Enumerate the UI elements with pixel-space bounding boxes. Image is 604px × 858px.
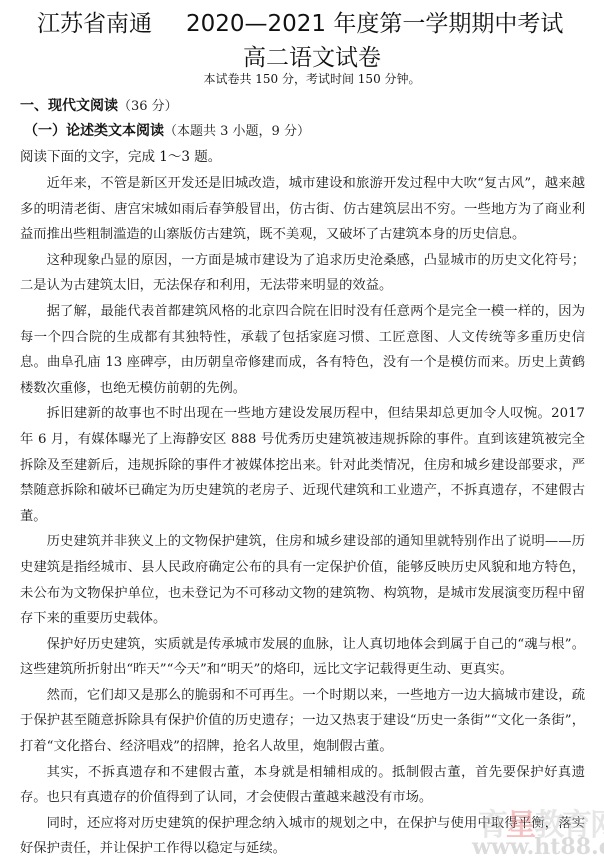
exam-page: 江苏省南通 2020—2021 年度第一学期期中考试 高二语文试卷 本试卷共 1…: [0, 0, 604, 858]
subsection-heading: （一）论述类文本阅读（本题共 3 小题，9 分）: [24, 120, 310, 140]
passage-paragraph: 其实，不拆真遗存和不建假古董，本身就是相辅相成的。抵制假古董，首先要保护好真遗存…: [20, 760, 585, 811]
section-score: （36 分）: [118, 99, 178, 114]
passage-paragraph: 同时，还应将对历史建筑的保护理念纳入城市的规划之中，在保护与使用中取得平衡，落实…: [20, 811, 585, 858]
exam-header-line: 江苏省南通 2020—2021 年度第一学期期中考试: [0, 5, 604, 35]
passage-paragraph: 拆旧建新的故事也不时出现在一些地方建设发展历程中，但结果却总更加令人叹惋。201…: [20, 401, 585, 529]
passage-paragraph: 近年来，不管是新区开发还是旧城改造，城市建设和旅游开发过程中大吹“复古风”，越来…: [20, 171, 585, 248]
section-title: 一、现代文阅读: [20, 98, 118, 114]
passage-paragraph: 这种现象凸显的原因，一方面是城市建设为了追求历史沧桑感，凸显城市的历史文化符号；…: [20, 248, 585, 299]
passage: 近年来，不管是新区开发还是旧城改造，城市建设和旅游开发过程中大吹“复古风”，越来…: [20, 171, 585, 858]
subject-title: 高二语文试卷: [0, 39, 604, 72]
passage-paragraph: 历史建筑并非狭义上的文物保护建筑，住房和城乡建设部的通知里就特别作出了说明——历…: [20, 529, 585, 631]
exam-title: 2020—2021 年度第一学期期中考试: [186, 5, 563, 38]
subsection-detail: （本题共 3 小题，9 分）: [164, 124, 310, 139]
passage-paragraph: 据了解，最能代表首都建筑风格的北京四合院在旧时没有任意两个是完全一模一样的，因为…: [20, 299, 585, 401]
passage-paragraph: 保护好历史建筑，实质就是传承城市发展的血脉，让人真切地体会到属于自己的“魂与根”…: [20, 632, 585, 683]
reading-instruction: 阅读下面的文字，完成 1～3 题。: [20, 145, 221, 165]
exam-location: 江苏省南通: [37, 5, 152, 38]
exam-note: 本试卷共 150 分，考试时间 150 分钟。: [0, 70, 604, 87]
passage-paragraph: 然而，它们却又是那么的脆弱和不可再生。一个时期以来，一些地方一边大搞城市建设，疏…: [20, 683, 585, 760]
section-heading: 一、现代文阅读（36 分）: [20, 95, 178, 115]
subsection-title: （一）论述类文本阅读: [24, 123, 164, 139]
